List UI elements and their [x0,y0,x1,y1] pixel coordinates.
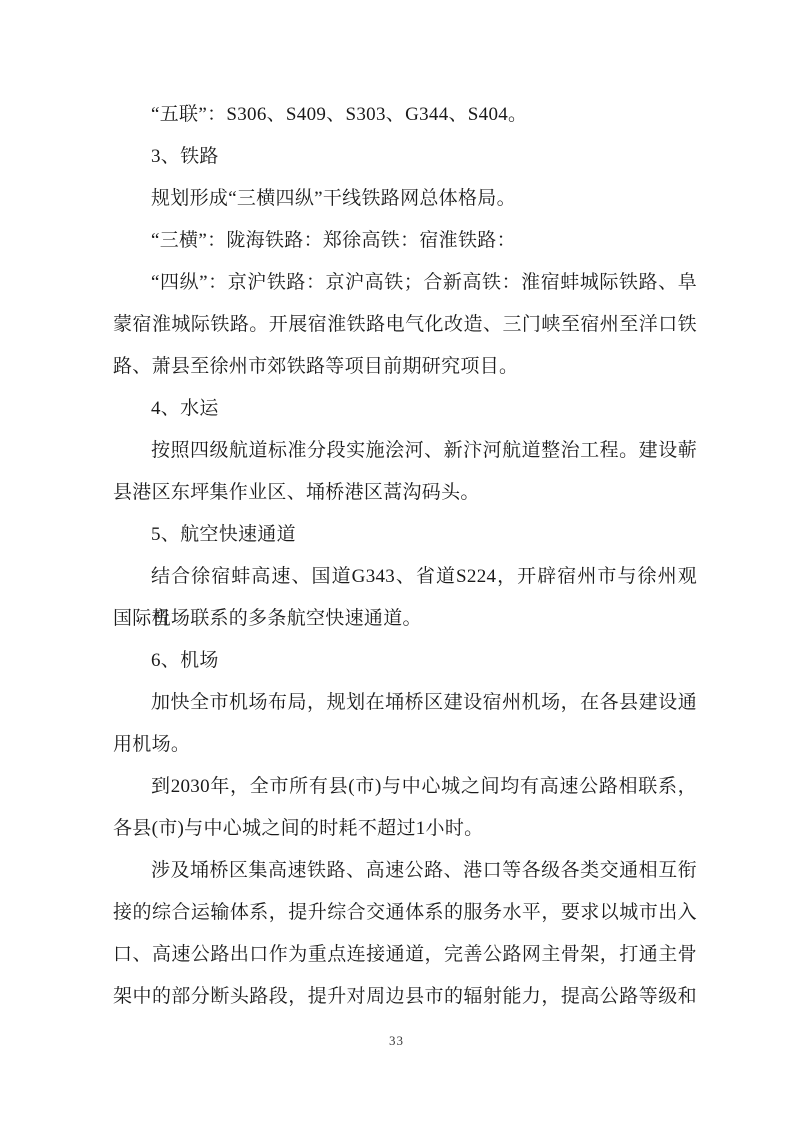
page-number: 33 [0,1033,793,1049]
document-page: “五联”：S306、S409、S303、G344、S404。3、铁路规划形成“三… [0,0,793,1122]
document-body: “五联”：S306、S409、S303、G344、S404。3、铁路规划形成“三… [113,94,697,1018]
text-line: 涉及埇桥区集高速铁路、高速公路、港口等各级各类交通相互衔 [113,850,697,892]
text-line: 加快全市机场布局，规划在埇桥区建设宿州机场，在各县建设通 [113,682,697,724]
text-line: 接的综合运输体系，提升综合交通体系的服务水平，要求以城市出入 [113,892,697,934]
text-line: 6、机场 [113,640,697,682]
text-line: 5、航空快速通道 [113,514,697,556]
text-line: “三横”：陇海铁路：郑徐高铁：宿淮铁路： [113,220,697,262]
text-line: 县港区东坪集作业区、埇桥港区蒿沟码头。 [113,472,697,514]
text-line: 蒙宿淮城际铁路。开展宿淮铁路电气化改造、三门峡至宿州至洋口铁 [113,304,697,346]
text-line: 各县(市)与中心城之间的时耗不超过1小时。 [113,808,697,850]
text-line: “五联”：S306、S409、S303、G344、S404。 [113,94,697,136]
text-line: 口、高速公路出口作为重点连接通道，完善公路网主骨架，打通主骨 [113,934,697,976]
text-line: 结合徐宿蚌高速、国道G343、省道S224，开辟宿州市与徐州观音 [113,556,697,598]
text-line: 国际机场联系的多条航空快速通道。 [113,598,697,640]
text-line: 4、水运 [113,388,697,430]
text-line: 用机场。 [113,724,697,766]
text-line: 规划形成“三横四纵”干线铁路网总体格局。 [113,178,697,220]
text-line: 3、铁路 [113,136,697,178]
text-line: 到2030年，全市所有县(市)与中心城之间均有高速公路相联系， [113,766,697,808]
text-line: “四纵”：京沪铁路：京沪高铁；合新高铁：淮宿蚌城际铁路、阜 [113,262,697,304]
text-line: 路、萧县至徐州市郊铁路等项目前期研究项目。 [113,346,697,388]
text-line: 架中的部分断头路段，提升对周边县市的辐射能力，提高公路等级和 [113,976,697,1018]
text-line: 按照四级航道标准分段实施浍河、新汴河航道整治工程。建设蕲 [113,430,697,472]
